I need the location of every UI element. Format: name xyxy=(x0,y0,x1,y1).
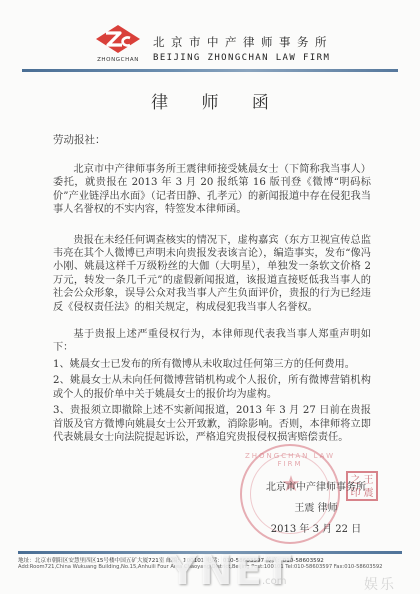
paragraph-facts: 贵报在未经任何调查核实的情况下，虚构嘉宾（东方卫视宣传总监韦亮在其个人微博已声明… xyxy=(53,234,371,314)
signature-firm: 北京市中产律师事务所 xyxy=(256,477,376,498)
firm-name-en: BEIJING ZHONGCHAN LAW FIRM xyxy=(153,53,330,63)
signature-block: 北京市中产律师事务所 王震 律师 2013 年 3 月 22 日 xyxy=(256,477,376,540)
ynet-watermark: YNET xyxy=(168,548,293,594)
logo-caption: ZHONGCHAN xyxy=(90,57,146,63)
seal-ring-text: ZHONGCHAN LAW FIRM xyxy=(242,452,338,468)
watermark-channel: 娱乐 xyxy=(364,574,396,594)
declaration-item: 3、贵报须立即撤除上述不实新闻报道，2013 年 3 月 27 日前在贵报首版及… xyxy=(53,404,371,444)
paragraph-intro: 北京市中产律师事务所王震律师接受姚晨女士（下简称我当事人）委托，就贵报在 201… xyxy=(53,163,371,217)
zc-diamond-logo-icon xyxy=(95,24,141,54)
document-title: 律 师 函 xyxy=(0,88,420,113)
paragraph-declaration: 基于贵报上述严重侵权行为，本律师现代表我当事人郑重声明如下： xyxy=(53,328,371,355)
letter-body: 北京市中产律师事务所王震律师接受姚晨女士（下简称我当事人）委托，就贵报在 201… xyxy=(53,163,371,447)
salutation: 劳动报社： xyxy=(53,132,106,147)
header-divider xyxy=(22,69,398,72)
watermark-domain: .com xyxy=(262,576,287,587)
signature-date: 2013 年 3 月 22 日 xyxy=(256,519,376,540)
declaration-item: 1、姚晨女士已发布的所有微博从未收取过任何第三方的任何费用。 xyxy=(53,358,371,371)
firm-name-cn: 北京市中产律师事务所 xyxy=(153,34,333,50)
declaration-item: 2、姚晨女士从未向任何微博营销机构或个人报价，所有微博营销机构或个人的报价单中关… xyxy=(53,374,371,401)
letterhead: ZHONGCHAN 北京市中产律师事务所 BEIJING ZHONGCHAN L… xyxy=(0,0,420,80)
signature-lawyer: 王震 律师 xyxy=(256,498,376,519)
